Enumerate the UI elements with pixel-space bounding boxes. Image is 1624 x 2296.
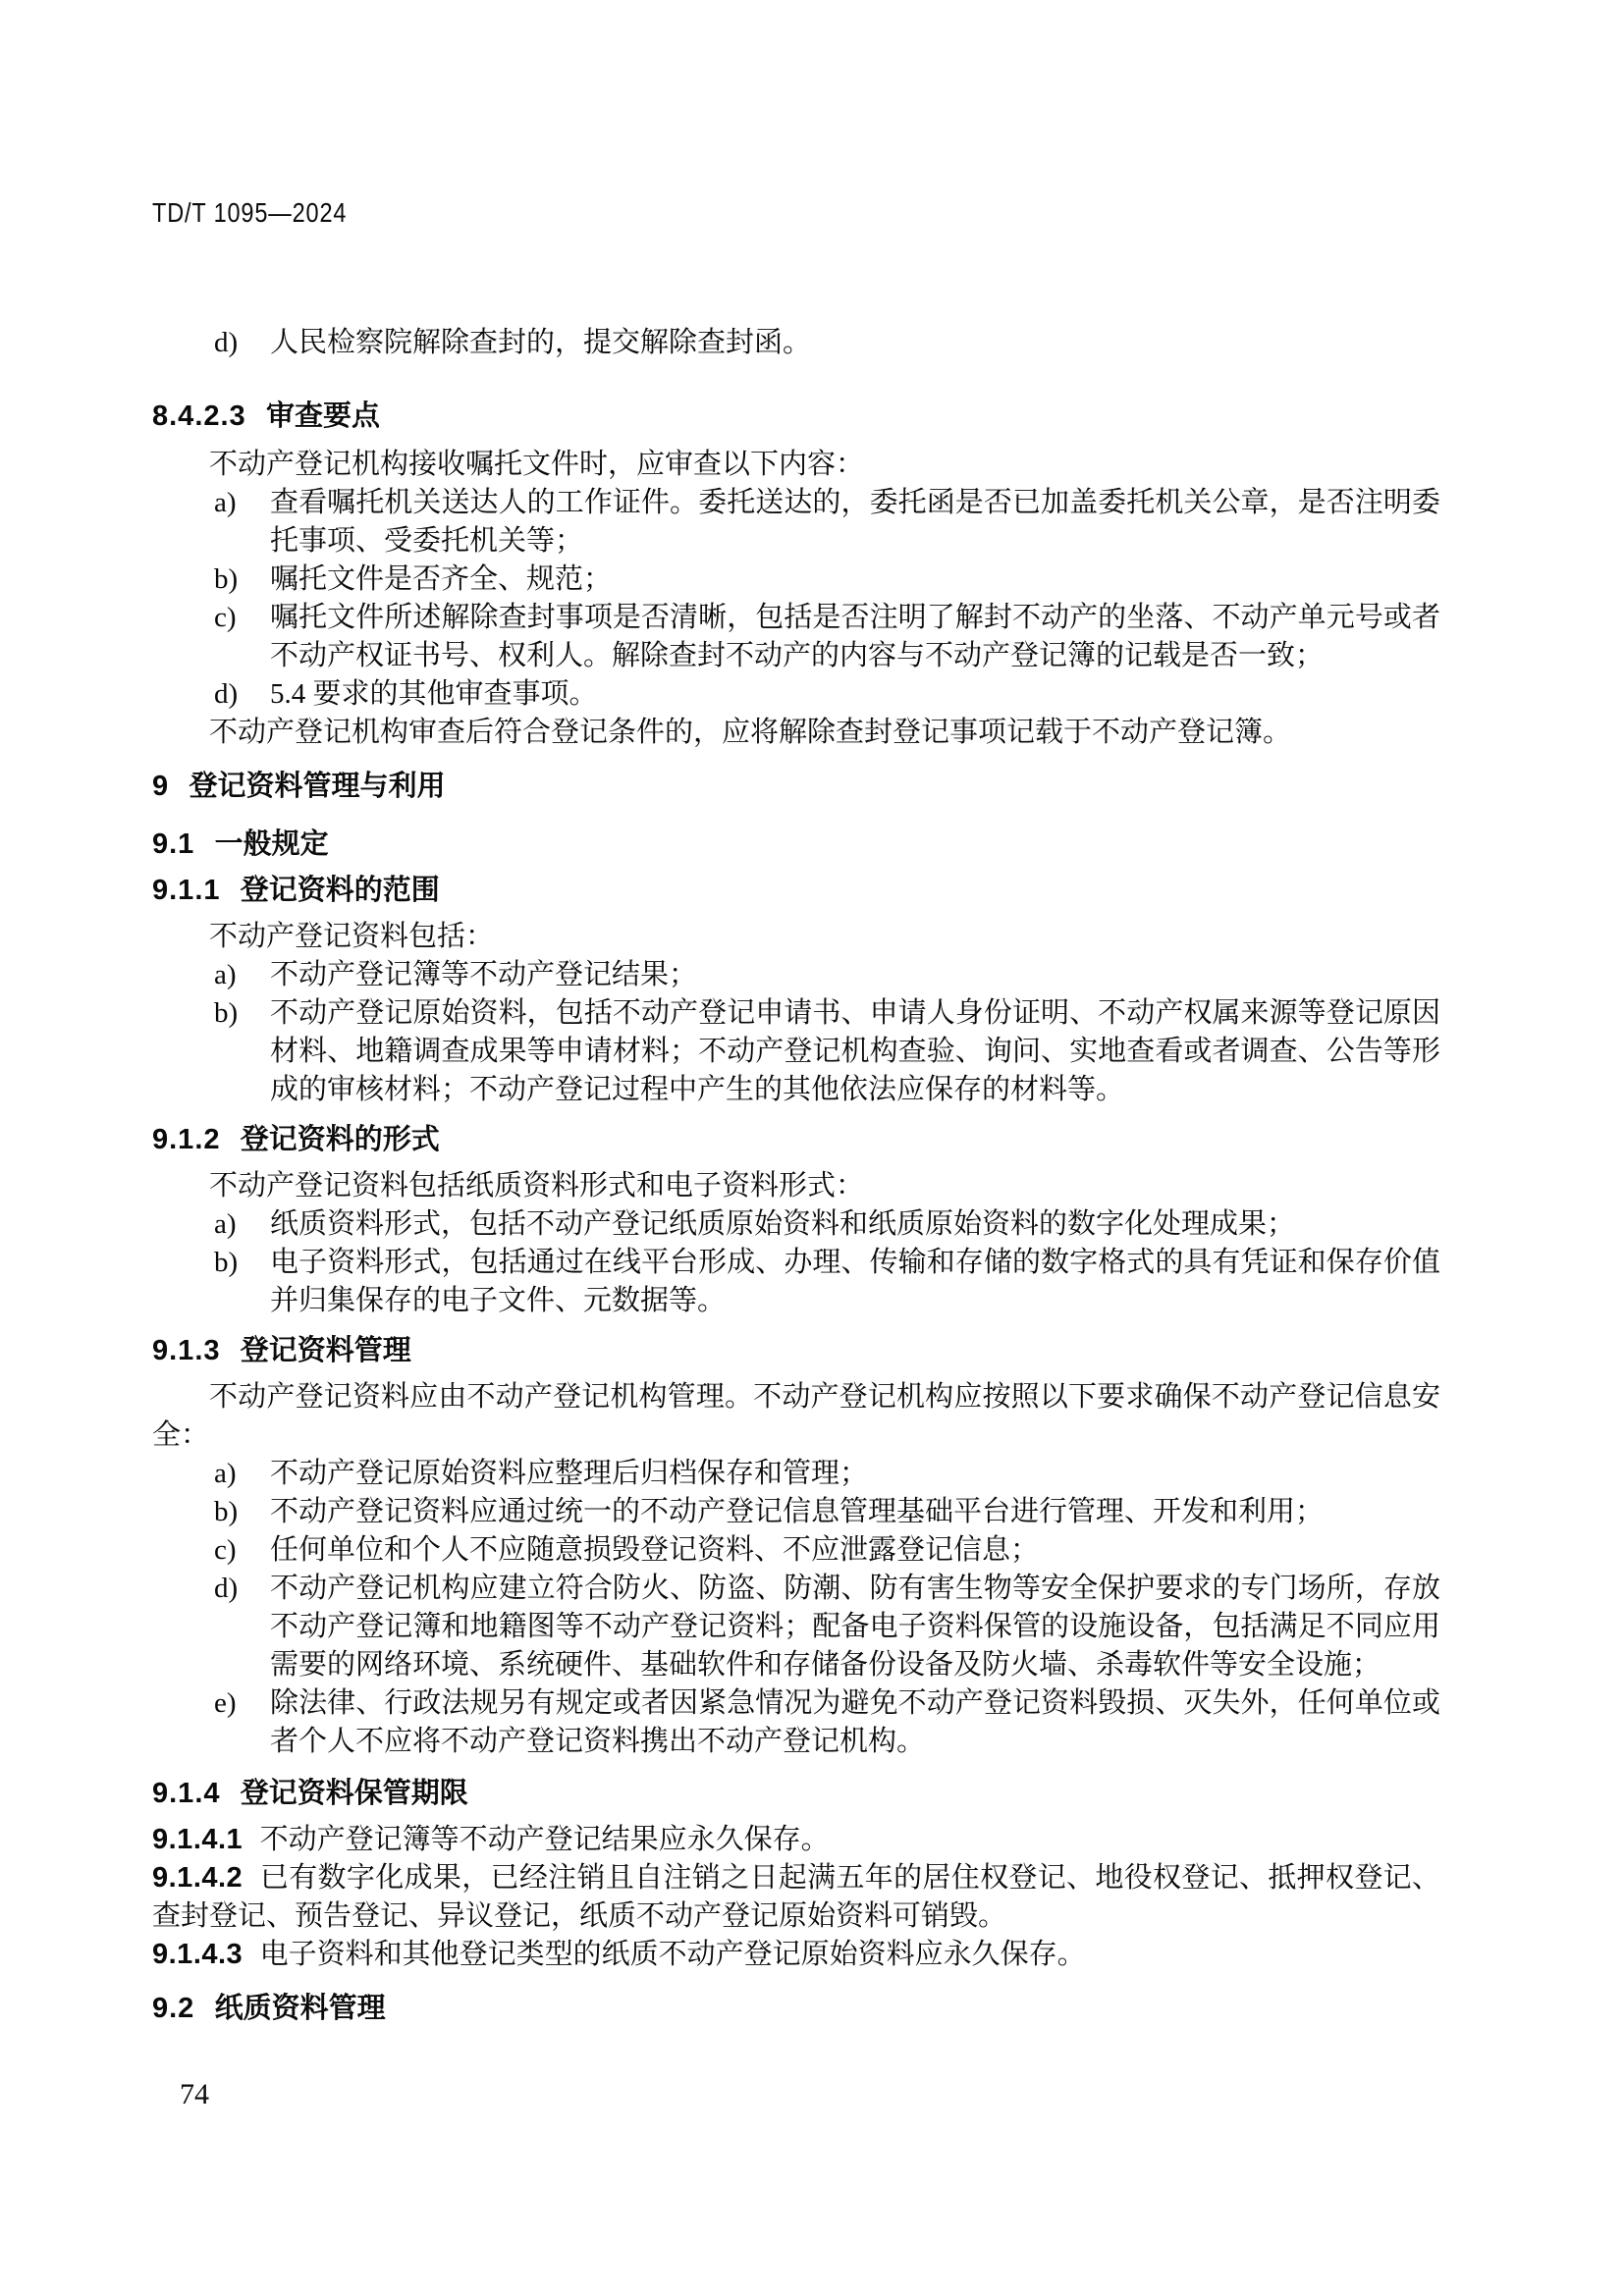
section-number: 9.2: [152, 1993, 194, 2024]
clause-heading-914: 9.1.4登记资料保管期限: [152, 1775, 1440, 1813]
sub-clause-text: 不动产登记簿等不动产登记结果应永久保存。: [260, 1824, 830, 1855]
list-item: b) 不动产登记资料应通过统一的不动产登记信息管理基础平台进行管理、开发和利用；: [152, 1493, 1440, 1531]
list-item-text: 任何单位和个人不应随意损毁登记资料、不应泄露登记信息；: [270, 1531, 1440, 1570]
list-item-label: b): [214, 561, 270, 599]
list-item-text: 5.4 要求的其他审查事项。: [270, 675, 1440, 714]
list-item-text: 嘱托文件是否齐全、规范；: [270, 561, 1440, 599]
page-content: TD/T 1095—2024 d) 人民检察院解除查封的，提交解除查封函。 8.…: [152, 0, 1440, 2113]
sub-clause-number: 9.1.4.1: [152, 1824, 243, 1855]
list-item-text: 不动产登记资料应通过统一的不动产登记信息管理基础平台进行管理、开发和利用；: [270, 1493, 1440, 1531]
clause-title: 登记资料的范围: [241, 875, 440, 906]
page-number: 74: [180, 2075, 1440, 2113]
list-item: d) 人民检察院解除查封的，提交解除查封函。: [152, 324, 1440, 362]
section-title: 纸质资料管理: [215, 1993, 386, 2024]
clause-heading-911: 9.1.1登记资料的范围: [152, 872, 1440, 910]
clause-heading-912: 9.1.2登记资料的形式: [152, 1121, 1440, 1159]
list-item-label: e): [214, 1684, 270, 1761]
sub-clause: 9.1.4.1不动产登记簿等不动产登记结果应永久保存。: [152, 1821, 1440, 1859]
list-item: c) 嘱托文件所述解除查封事项是否清晰，包括是否注明了解封不动产的坐落、不动产单…: [152, 599, 1440, 675]
list-item: d) 5.4 要求的其他审查事项。: [152, 675, 1440, 714]
list-item: b) 嘱托文件是否齐全、规范；: [152, 561, 1440, 599]
list-item-text: 不动产登记簿等不动产登记结果；: [270, 956, 1440, 994]
list-item-text: 不动产登记原始资料应整理后归档保存和管理；: [270, 1455, 1440, 1493]
paragraph: 不动产登记资料包括：: [152, 918, 1440, 956]
list-item: a) 纸质资料形式，包括不动产登记纸质原始资料和纸质原始资料的数字化处理成果；: [152, 1205, 1440, 1244]
list-item-label: b): [214, 994, 270, 1109]
list-item: a) 查看嘱托机关送达人的工作证件。委托送达的，委托函是否已加盖委托机关公章，是…: [152, 484, 1440, 561]
section-number: 9.1: [152, 828, 194, 860]
chapter-heading-9: 9登记资料管理与利用: [152, 768, 1440, 806]
clause-number: 9.1.1: [152, 875, 221, 906]
chapter-number: 9: [152, 771, 169, 802]
section-heading-92: 9.2纸质资料管理: [152, 1990, 1440, 2028]
list-item-label: a): [214, 956, 270, 994]
section-title: 一般规定: [215, 828, 329, 860]
clause-number: 8.4.2.3: [152, 400, 246, 432]
list-item-label: d): [214, 675, 270, 714]
list-item: d) 不动产登记机构应建立符合防火、防盗、防潮、防有害生物等安全保护要求的专门场…: [152, 1570, 1440, 1684]
clause-heading-913: 9.1.3登记资料管理: [152, 1332, 1440, 1370]
list-item-label: c): [214, 599, 270, 675]
clause-number: 9.1.3: [152, 1335, 221, 1366]
list-item-label: a): [214, 1455, 270, 1493]
list-item: b) 不动产登记原始资料，包括不动产登记申请书、申请人身份证明、不动产权属来源等…: [152, 994, 1440, 1109]
list-item: b) 电子资料形式，包括通过在线平台形成、办理、传输和存储的数字格式的具有凭证和…: [152, 1244, 1440, 1320]
standard-code-header: TD/T 1095—2024: [152, 193, 1440, 232]
list-item: a) 不动产登记簿等不动产登记结果；: [152, 956, 1440, 994]
standard-code-text: TD/T 1095—2024: [152, 193, 347, 232]
list-item-text: 电子资料形式，包括通过在线平台形成、办理、传输和存储的数字格式的具有凭证和保存价…: [270, 1244, 1440, 1320]
list-item-text: 查看嘱托机关送达人的工作证件。委托送达的，委托函是否已加盖委托机关公章，是否注明…: [270, 484, 1440, 561]
list-item: a) 不动产登记原始资料应整理后归档保存和管理；: [152, 1455, 1440, 1493]
list-item-label: b): [214, 1493, 270, 1531]
list-item-label: a): [214, 1205, 270, 1244]
paragraph: 不动产登记机构接收嘱托文件时，应审查以下内容：: [152, 446, 1440, 484]
sub-clause-number: 9.1.4.3: [152, 1939, 243, 1970]
list-item-text: 不动产登记机构应建立符合防火、防盗、防潮、防有害生物等安全保护要求的专门场所，存…: [270, 1570, 1440, 1684]
list-item-text: 纸质资料形式，包括不动产登记纸质原始资料和纸质原始资料的数字化处理成果；: [270, 1205, 1440, 1244]
paragraph: 不动产登记资料包括纸质资料形式和电子资料形式：: [152, 1167, 1440, 1205]
list-item-text: 嘱托文件所述解除查封事项是否清晰，包括是否注明了解封不动产的坐落、不动产单元号或…: [270, 599, 1440, 675]
list-item-label: c): [214, 1531, 270, 1570]
paragraph: 不动产登记资料应由不动产登记机构管理。不动产登记机构应按照以下要求确保不动产登记…: [152, 1378, 1440, 1455]
chapter-title: 登记资料管理与利用: [189, 771, 445, 802]
clause-title: 登记资料保管期限: [241, 1778, 468, 1809]
sub-clause-text: 已有数字化成果，已经注销且自注销之日起满五年的居住权登记、地役权登记、抵押权登记…: [152, 1862, 1440, 1932]
sub-clause-text: 电子资料和其他登记类型的纸质不动产登记原始资料应永久保存。: [260, 1939, 1086, 1970]
list-item-label: d): [214, 1570, 270, 1684]
list-item: e) 除法律、行政法规另有规定或者因紧急情况为避免不动产登记资料毁损、灭失外，任…: [152, 1684, 1440, 1761]
sub-clause: 9.1.4.3电子资料和其他登记类型的纸质不动产登记原始资料应永久保存。: [152, 1936, 1440, 1974]
list-item-label: b): [214, 1244, 270, 1320]
list-item-text: 不动产登记原始资料，包括不动产登记申请书、申请人身份证明、不动产权属来源等登记原…: [270, 994, 1440, 1109]
paragraph: 不动产登记机构审查后符合登记条件的，应将解除查封登记事项记载于不动产登记簿。: [152, 714, 1440, 752]
clause-number: 9.1.2: [152, 1124, 221, 1155]
document-page: TD/T 1095—2024 d) 人民检察院解除查封的，提交解除查封函。 8.…: [0, 0, 1624, 2296]
list-item-label: d): [214, 324, 270, 362]
list-item: c) 任何单位和个人不应随意损毁登记资料、不应泄露登记信息；: [152, 1531, 1440, 1570]
list-item-text: 除法律、行政法规另有规定或者因紧急情况为避免不动产登记资料毁损、灭失外，任何单位…: [270, 1684, 1440, 1761]
clause-title: 审查要点: [266, 400, 380, 432]
clause-number: 9.1.4: [152, 1778, 221, 1809]
sub-clause: 9.1.4.2已有数字化成果，已经注销且自注销之日起满五年的居住权登记、地役权登…: [152, 1859, 1440, 1936]
clause-title: 登记资料的形式: [241, 1124, 440, 1155]
list-item-text: 人民检察院解除查封的，提交解除查封函。: [270, 324, 1440, 362]
sub-clause-number: 9.1.4.2: [152, 1862, 243, 1894]
clause-title: 登记资料管理: [241, 1335, 411, 1366]
section-heading-91: 9.1一般规定: [152, 826, 1440, 864]
clause-heading-8423: 8.4.2.3审查要点: [152, 398, 1440, 436]
list-item-label: a): [214, 484, 270, 561]
